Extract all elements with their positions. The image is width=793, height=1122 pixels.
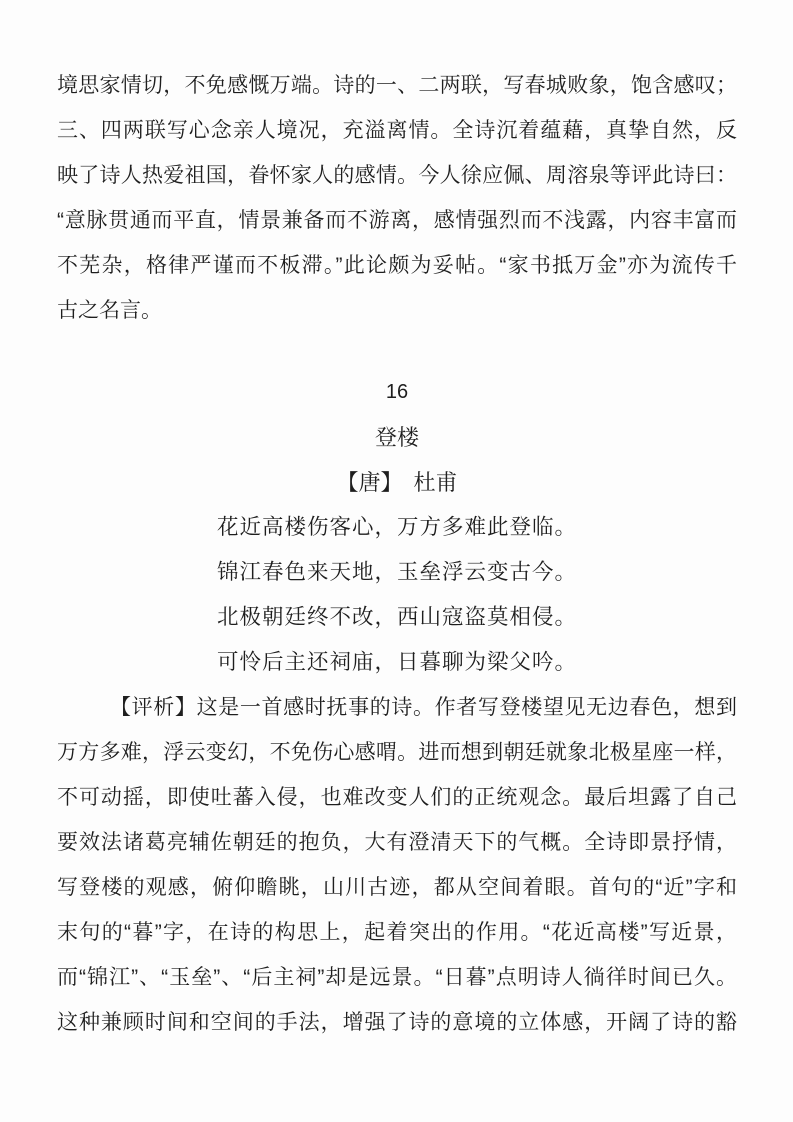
poem-number: 16 [57, 370, 737, 415]
poem-line: 花近高楼伤客心，万方多难此登临。 [57, 505, 737, 550]
poem-title: 登楼 [57, 415, 737, 460]
commentary-line: 而“锦江”、“玉垒”、“后主祠”却是远景。“日暮”点明诗人徜徉时间已久。 [57, 955, 737, 1000]
commentary-line: 写登楼的观感，俯仰瞻眺，山川古迹，都从空间着眼。首句的“近”字和 [57, 865, 737, 910]
poem-line: 可怜后主还祠庙，日暮聊为梁父吟。 [57, 640, 737, 685]
poem-line: 锦江春色来天地，玉垒浮云变古今。 [57, 550, 737, 595]
intro-paragraph: 境思家情切，不免感慨万端。诗的一、二两联，写春城败象，饱含感叹； 三、四两联写心… [57, 63, 737, 333]
book-page: 境思家情切，不免感慨万端。诗的一、二两联，写春城败象，饱含感叹； 三、四两联写心… [0, 0, 793, 1122]
poem-line: 北极朝廷终不改，西山寇盗莫相侵。 [57, 595, 737, 640]
commentary-line: 要效法诸葛亮辅佐朝廷的抱负，大有澄清天下的气概。全诗即景抒情， [57, 820, 737, 865]
commentary-line: 万方多难，浮云变幻，不免伤心感喟。进而想到朝廷就象北极星座一样， [57, 730, 737, 775]
intro-line: 境思家情切，不免感慨万端。诗的一、二两联，写春城败象，饱含感叹； [57, 63, 737, 108]
poem-body: 花近高楼伤客心，万方多难此登临。 锦江春色来天地，玉垒浮云变古今。 北极朝廷终不… [57, 505, 737, 685]
commentary-line: 末句的“暮”字，在诗的构思上，起着突出的作用。“花近高楼”写近景， [57, 910, 737, 955]
intro-line: 古之名言。 [57, 288, 737, 333]
intro-line: “意脉贯通而平直，情景兼备而不游离，感情强烈而不浅露，内容丰富而 [57, 198, 737, 243]
commentary-line: 【评析】这是一首感时抚事的诗。作者写登楼望见无边春色，想到 [57, 685, 737, 730]
intro-line: 映了诗人热爱祖国，眷怀家人的感情。今人徐应佩、周溶泉等评此诗曰： [57, 153, 737, 198]
commentary-line: 不可动摇，即使吐蕃入侵，也难改变人们的正统观念。最后坦露了自己 [57, 775, 737, 820]
commentary-line: 这种兼顾时间和空间的手法，增强了诗的意境的立体感，开阔了诗的豁 [57, 1000, 737, 1045]
commentary-paragraph: 【评析】这是一首感时抚事的诗。作者写登楼望见无边春色，想到 万方多难，浮云变幻，… [57, 685, 737, 1045]
poem-section: 16 登楼 【唐】 杜甫 花近高楼伤客心，万方多难此登临。 锦江春色来天地，玉垒… [57, 370, 737, 685]
intro-line: 三、四两联写心念亲人境况，充溢离情。全诗沉着蕴藉，真挚自然，反 [57, 108, 737, 153]
poem-author: 【唐】 杜甫 [57, 460, 737, 505]
intro-line: 不芜杂，格律严谨而不板滞。”此论颇为妥帖。“家书抵万金”亦为流传千 [57, 243, 737, 288]
